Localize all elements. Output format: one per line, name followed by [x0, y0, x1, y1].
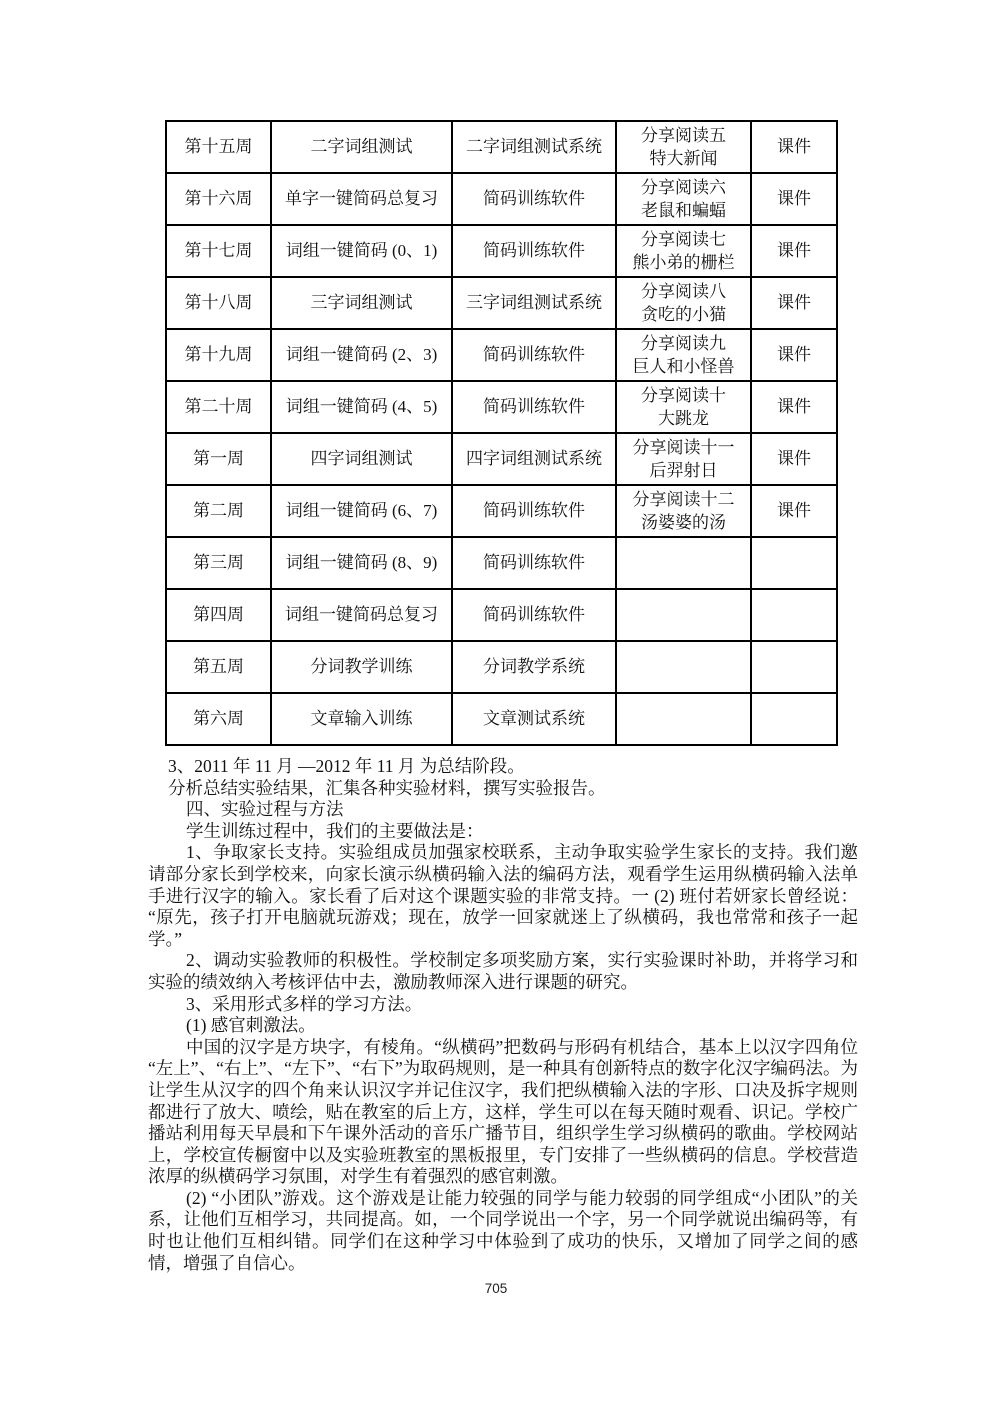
reading-cell: 分享阅读九 巨人和小怪兽 [616, 329, 751, 381]
content-cell: 文章输入训练 [271, 693, 452, 745]
week-cell: 第六周 [166, 693, 271, 745]
body-paragraph: (2) “小团队”游戏。这个游戏是让能力较强的同学与能力较弱的同学组成“小团队”… [148, 1188, 858, 1274]
body-paragraph: 1、争取家长支持。实验组成员加强家校联系，主动争取实验学生家长的支持。我们邀请部… [148, 842, 858, 950]
reading-cell: 分享阅读七 熊小弟的栅栏 [616, 225, 751, 277]
week-cell: 第三周 [166, 537, 271, 589]
body-paragraph: (1) 感官刺激法。 [148, 1015, 858, 1037]
reading-line-1: 分享阅读五 [619, 124, 748, 147]
table-row: 第五周 分词教学训练 分词教学系统 [166, 641, 837, 693]
content-cell: 分词教学训练 [271, 641, 452, 693]
table-row: 第十七周 词组一键简码 (0、1) 简码训练软件 分享阅读七 熊小弟的栅栏 课件 [166, 225, 837, 277]
body-paragraph: 学生训练过程中，我们的主要做法是： [148, 821, 858, 843]
software-cell: 文章测试系统 [452, 693, 616, 745]
schedule-table: 第十五周 二字词组测试 二字词组测试系统 分享阅读五 特大新闻 课件 第十六周 … [165, 120, 838, 746]
courseware-cell: 课件 [751, 329, 837, 381]
reading-cell [616, 693, 751, 745]
reading-cell: 分享阅读六 老鼠和蝙蝠 [616, 173, 751, 225]
courseware-cell [751, 537, 837, 589]
content-cell: 词组一键简码 (6、7) [271, 485, 452, 537]
page-content: 第十五周 二字词组测试 二字词组测试系统 分享阅读五 特大新闻 课件 第十六周 … [148, 120, 858, 1274]
reading-line-1: 分享阅读十 [619, 384, 748, 407]
content-cell: 词组一键简码 (4、5) [271, 381, 452, 433]
body-paragraph: 四、实验过程与方法 [148, 799, 858, 821]
body-paragraph: 中国的汉字是方块字，有棱角。“纵横码”把数码与形码有机结合，基本上以汉字四角位“… [148, 1037, 858, 1188]
reading-line-2: 后羿射日 [619, 459, 748, 482]
courseware-cell: 课件 [751, 381, 837, 433]
reading-line-2: 巨人和小怪兽 [619, 355, 748, 378]
courseware-cell: 课件 [751, 277, 837, 329]
table-row: 第十九周 词组一键简码 (2、3) 简码训练软件 分享阅读九 巨人和小怪兽 课件 [166, 329, 837, 381]
week-cell: 第四周 [166, 589, 271, 641]
table-row: 第三周 词组一键简码 (8、9) 简码训练软件 [166, 537, 837, 589]
body-paragraph: 3、2011 年 11 月 —2012 年 11 月 为总结阶段。 [148, 756, 858, 778]
week-cell: 第五周 [166, 641, 271, 693]
week-cell: 第十八周 [166, 277, 271, 329]
week-cell: 第十六周 [166, 173, 271, 225]
paragraph-list: 3、2011 年 11 月 —2012 年 11 月 为总结阶段。分析总结实验结… [148, 756, 858, 1274]
software-cell: 简码训练软件 [452, 537, 616, 589]
content-cell: 词组一键简码 (2、3) [271, 329, 452, 381]
page-number: 705 [0, 1281, 992, 1296]
week-cell: 第二十周 [166, 381, 271, 433]
software-cell: 四字词组测试系统 [452, 433, 616, 485]
software-cell: 简码训练软件 [452, 173, 616, 225]
courseware-cell: 课件 [751, 121, 837, 173]
reading-cell [616, 641, 751, 693]
software-cell: 简码训练软件 [452, 485, 616, 537]
content-cell: 词组一键简码 (8、9) [271, 537, 452, 589]
courseware-cell: 课件 [751, 485, 837, 537]
reading-cell: 分享阅读八 贪吃的小猫 [616, 277, 751, 329]
document-page: 第十五周 二字词组测试 二字词组测试系统 分享阅读五 特大新闻 课件 第十六周 … [0, 0, 992, 1403]
reading-line-1: 分享阅读十一 [619, 436, 748, 459]
body-paragraph: 分析总结实验结果，汇集各种实验材料，撰写实验报告。 [148, 778, 858, 800]
reading-line-2: 汤婆婆的汤 [619, 511, 748, 534]
content-cell: 词组一键简码总复习 [271, 589, 452, 641]
week-cell: 第十五周 [166, 121, 271, 173]
reading-line-1: 分享阅读六 [619, 176, 748, 199]
courseware-cell: 课件 [751, 433, 837, 485]
content-cell: 四字词组测试 [271, 433, 452, 485]
reading-cell: 分享阅读十一 后羿射日 [616, 433, 751, 485]
schedule-table-body: 第十五周 二字词组测试 二字词组测试系统 分享阅读五 特大新闻 课件 第十六周 … [166, 121, 837, 745]
week-cell: 第一周 [166, 433, 271, 485]
courseware-cell [751, 641, 837, 693]
reading-cell [616, 537, 751, 589]
courseware-cell: 课件 [751, 225, 837, 277]
reading-line-2: 贪吃的小猫 [619, 303, 748, 326]
content-cell: 二字词组测试 [271, 121, 452, 173]
reading-line-2: 大跳龙 [619, 407, 748, 430]
software-cell: 简码训练软件 [452, 381, 616, 433]
courseware-cell [751, 693, 837, 745]
software-cell: 简码训练软件 [452, 589, 616, 641]
reading-cell: 分享阅读五 特大新闻 [616, 121, 751, 173]
courseware-cell [751, 589, 837, 641]
schedule-table-container: 第十五周 二字词组测试 二字词组测试系统 分享阅读五 特大新闻 课件 第十六周 … [165, 120, 836, 746]
software-cell: 三字词组测试系统 [452, 277, 616, 329]
table-row: 第二周 词组一键简码 (6、7) 简码训练软件 分享阅读十二 汤婆婆的汤 课件 [166, 485, 837, 537]
reading-line-1: 分享阅读九 [619, 332, 748, 355]
table-row: 第十五周 二字词组测试 二字词组测试系统 分享阅读五 特大新闻 课件 [166, 121, 837, 173]
reading-line-1: 分享阅读十二 [619, 488, 748, 511]
courseware-cell: 课件 [751, 173, 837, 225]
body-paragraph: 2、调动实验教师的积极性。学校制定多项奖励方案，实行实验课时补助，并将学习和实验… [148, 950, 858, 993]
week-cell: 第十七周 [166, 225, 271, 277]
week-cell: 第二周 [166, 485, 271, 537]
table-row: 第十八周 三字词组测试 三字词组测试系统 分享阅读八 贪吃的小猫 课件 [166, 277, 837, 329]
software-cell: 简码训练软件 [452, 225, 616, 277]
table-row: 第十六周 单字一键简码总复习 简码训练软件 分享阅读六 老鼠和蝙蝠 课件 [166, 173, 837, 225]
content-cell: 单字一键简码总复习 [271, 173, 452, 225]
table-row: 第四周 词组一键简码总复习 简码训练软件 [166, 589, 837, 641]
week-cell: 第十九周 [166, 329, 271, 381]
table-row: 第二十周 词组一键简码 (4、5) 简码训练软件 分享阅读十 大跳龙 课件 [166, 381, 837, 433]
reading-line-1: 分享阅读七 [619, 228, 748, 251]
reading-line-2: 特大新闻 [619, 147, 748, 170]
software-cell: 分词教学系统 [452, 641, 616, 693]
reading-cell: 分享阅读十 大跳龙 [616, 381, 751, 433]
reading-cell [616, 589, 751, 641]
software-cell: 二字词组测试系统 [452, 121, 616, 173]
software-cell: 简码训练软件 [452, 329, 616, 381]
reading-line-1: 分享阅读八 [619, 280, 748, 303]
table-row: 第一周 四字词组测试 四字词组测试系统 分享阅读十一 后羿射日 课件 [166, 433, 837, 485]
content-cell: 三字词组测试 [271, 277, 452, 329]
reading-line-2: 老鼠和蝙蝠 [619, 199, 748, 222]
body-paragraph: 3、采用形式多样的学习方法。 [148, 994, 858, 1016]
table-row: 第六周 文章输入训练 文章测试系统 [166, 693, 837, 745]
content-cell: 词组一键简码 (0、1) [271, 225, 452, 277]
reading-cell: 分享阅读十二 汤婆婆的汤 [616, 485, 751, 537]
reading-line-2: 熊小弟的栅栏 [619, 251, 748, 274]
